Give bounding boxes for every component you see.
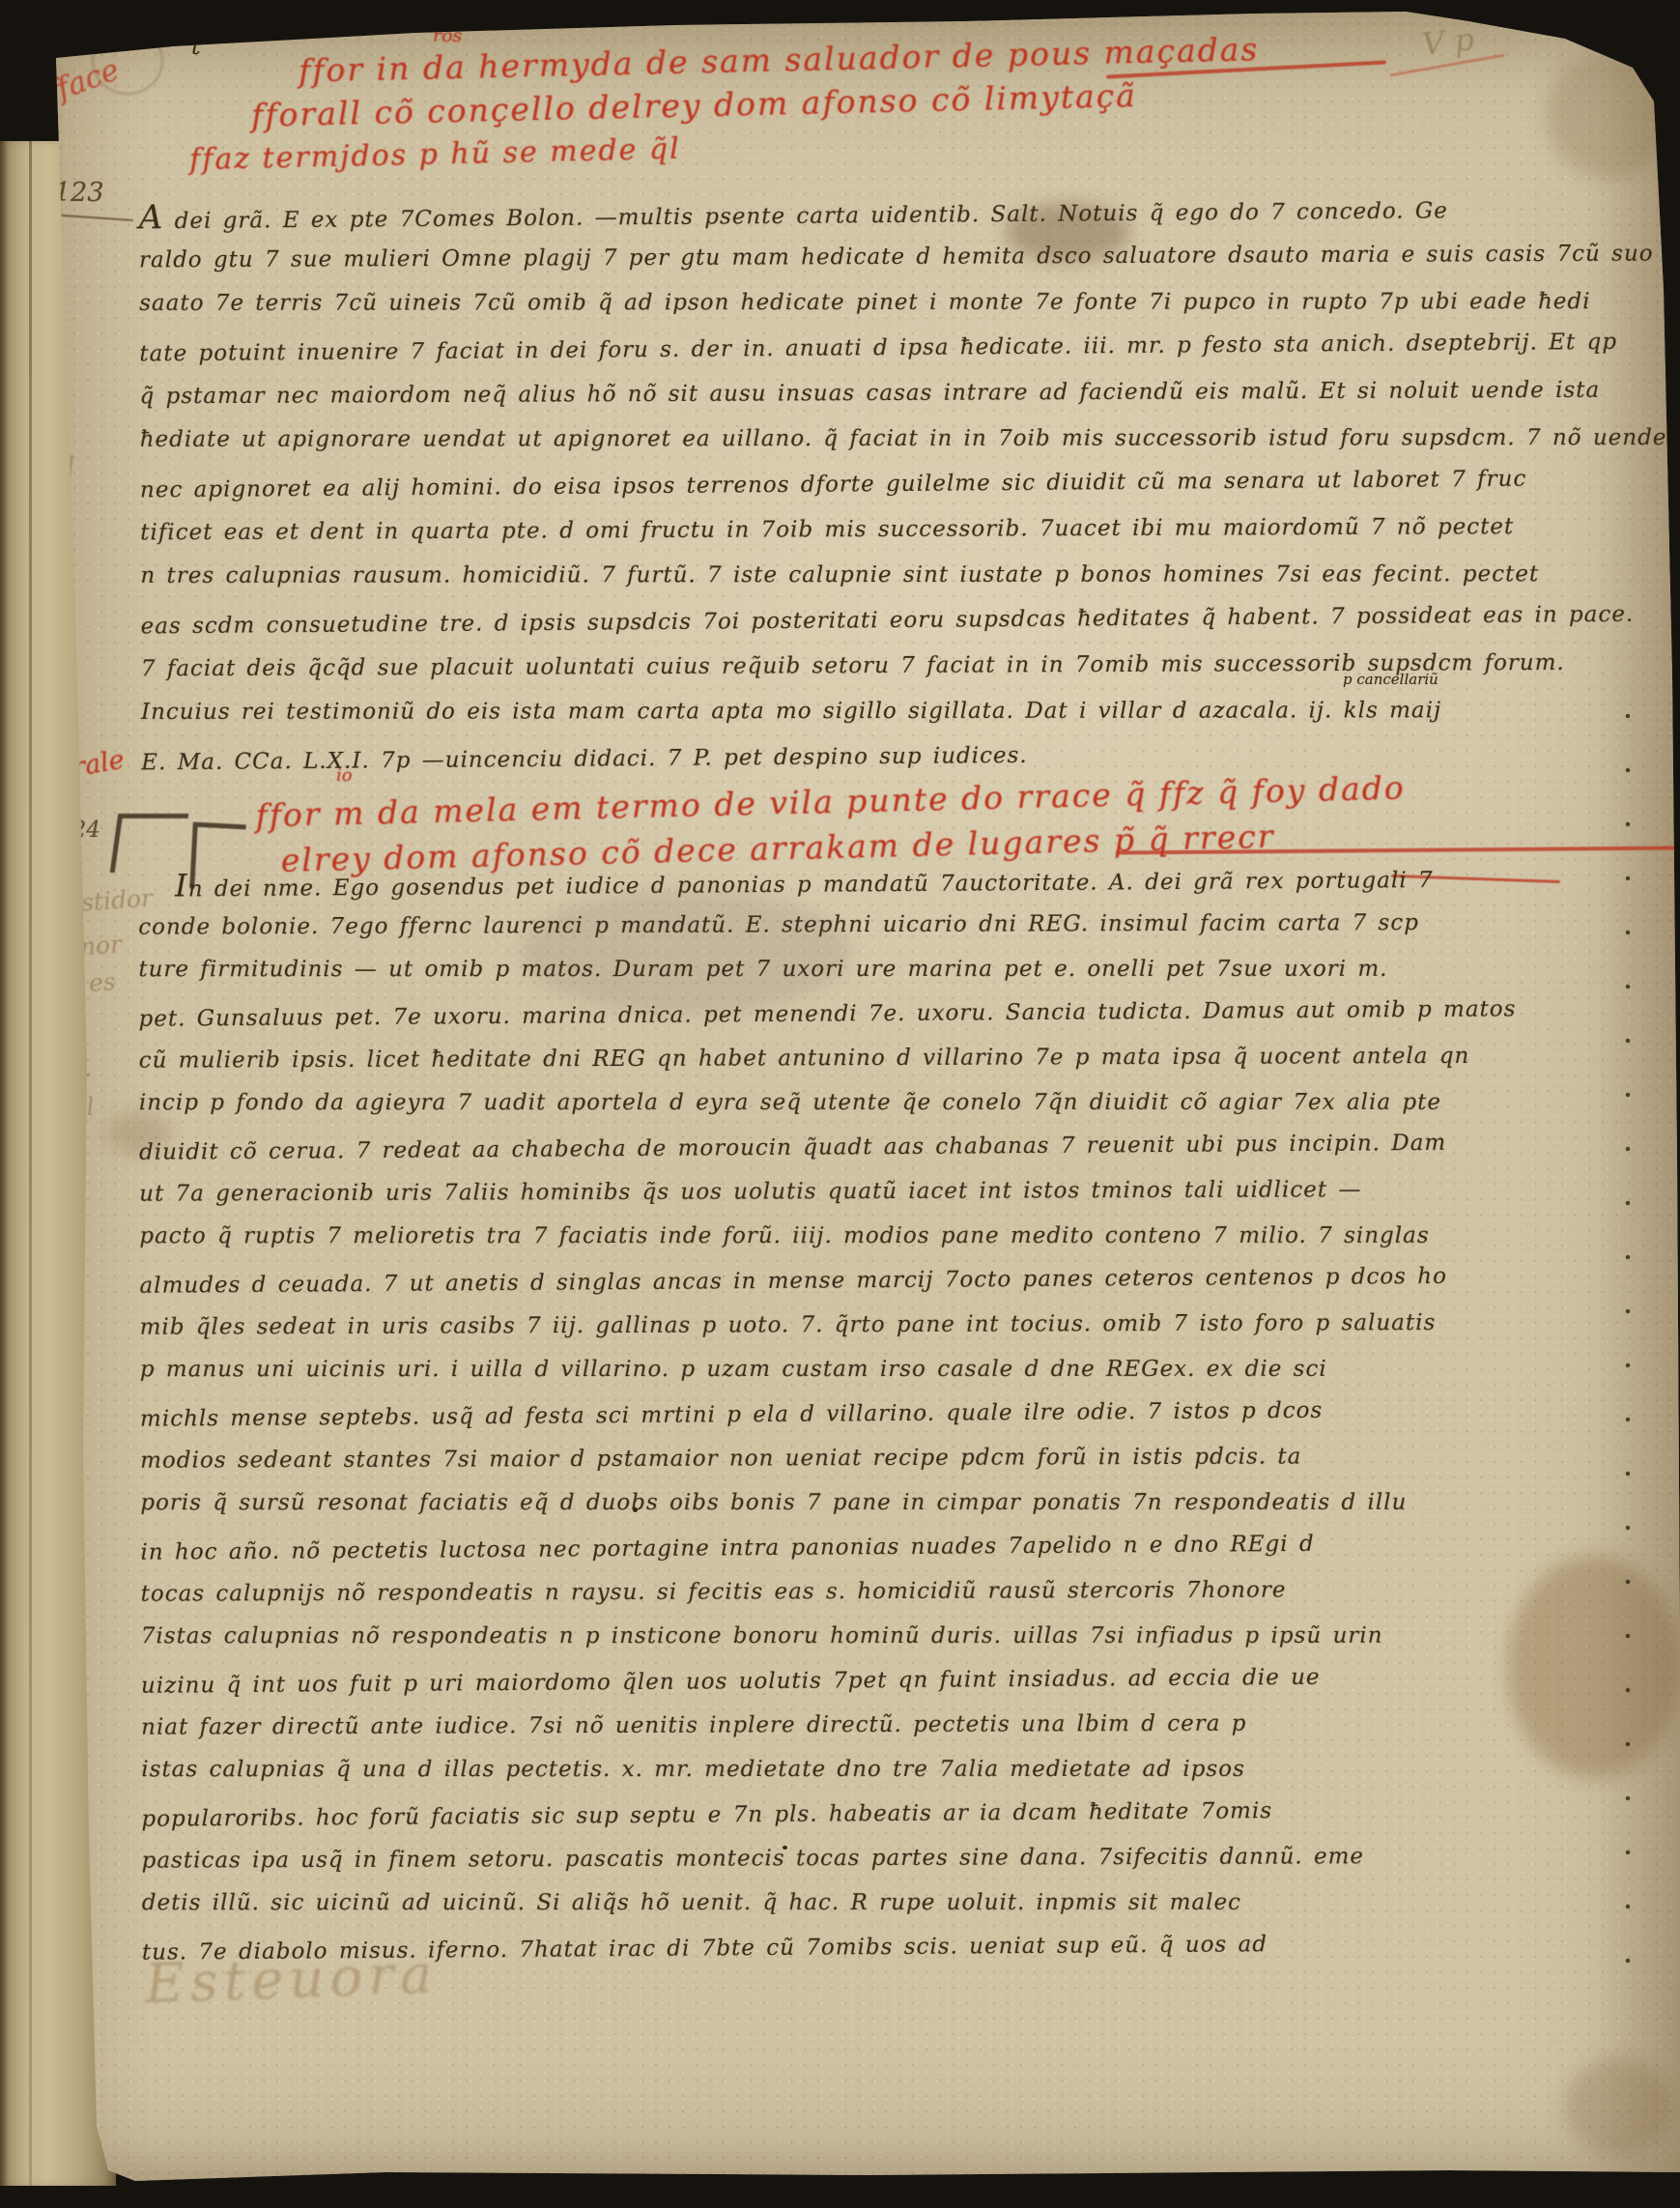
text-line: tificet eas et dent in quarta pte. d omi…: [140, 504, 1647, 557]
parchment-page: t fface V p ros ffor in da hermyda de sa…: [0, 0, 1680, 2208]
text-line: 7istas calupnias nõ respondeatis n p ins…: [141, 1614, 1653, 1659]
text-line: q̃ pstamar nec maiordom neq̃ alius hõ nõ…: [139, 368, 1646, 420]
text-line: n tres calupnias rausum. homicidiũ. 7 fu…: [140, 552, 1647, 599]
charter2-text-block: In dei nme. Ego gosendus pet iudice d pa…: [138, 855, 1654, 1971]
text-line: In dei nme. Ego gosendus pet iudice d pa…: [175, 852, 1650, 907]
stain: [1565, 2058, 1671, 2155]
top-left-red-mark: fface: [43, 52, 124, 110]
text-line: poris q̃ sursũ resonat faciatis eq̃ d du…: [140, 1480, 1652, 1526]
bottom-inscription: Esteuora: [144, 1943, 439, 2017]
text-line: modios sedeant stantes 7si maior d pstam…: [140, 1433, 1652, 1482]
charter1-text-block: A dei grã. E ex pte 7Comes Bolon. —multi…: [139, 186, 1649, 784]
text-line: conde bolonie. 7ego ffernc laurenci p ma…: [138, 900, 1650, 949]
text-line: niat fazer directũ ante iudice. 7si nõ u…: [141, 1700, 1653, 1749]
margin-note: es: [88, 967, 117, 997]
gutter-crease: [29, 141, 32, 2186]
corner-foliation-mark: V p: [1420, 20, 1475, 62]
text-line: cũ mulierib ipsis. licet ħeditate dni RE…: [139, 1033, 1651, 1082]
text-line: istas calupnias q̃ una d illas pectetis.…: [141, 1747, 1653, 1792]
text-line: incip p fondo da agieyra 7 uadit aportel…: [139, 1080, 1651, 1126]
top-left-mark: t: [191, 33, 201, 60]
text-line: ħediate ut apignorare uendat ut apignore…: [140, 416, 1647, 463]
rubric-top: ffor in da hermyda de sam saluador de po…: [245, 27, 1262, 181]
manuscript-scan: t fface V p ros ffor in da hermyda de sa…: [0, 0, 1680, 2208]
rubric-superscript: io: [336, 765, 353, 786]
stain: [1546, 53, 1671, 179]
text-line: pacto q̃ ruptis 7 melioretis tra 7 facia…: [139, 1214, 1651, 1259]
text-line: raldo gtu 7 sue mulieri Omne plagij 7 pe…: [139, 232, 1646, 284]
text-line: pasticas ipa usq̃ in finem setoru. pasca…: [142, 1833, 1654, 1882]
text-line: saato 7e terris 7cũ uineis 7cũ omib q̃ a…: [139, 279, 1646, 327]
text-line: ture firmitudinis — ut omib p matos. Dur…: [138, 947, 1650, 992]
text-line: ut 7a generacionib uris 7aliis hominibs …: [139, 1166, 1651, 1216]
text-line: mib q̃les sedeat in uris casibs 7 iij. g…: [140, 1300, 1652, 1349]
text-line: tocas calupnijs nõ respondeatis n raysu.…: [141, 1566, 1653, 1616]
chancery-note: p cancellariũ: [1343, 671, 1438, 688]
text-line: p manus uni uicinis uri. i uilla d villa…: [140, 1347, 1652, 1392]
folio-number: 123: [54, 178, 104, 208]
text-line: detis illũ. sic uicinũ ad uicinũ. Si ali…: [142, 1880, 1654, 1926]
text-line: Incuius rei testimoniũ do eis ista mam c…: [141, 688, 1648, 735]
pricking-dots: [1625, 713, 1631, 2008]
rubric-superscript: ros: [433, 25, 462, 46]
